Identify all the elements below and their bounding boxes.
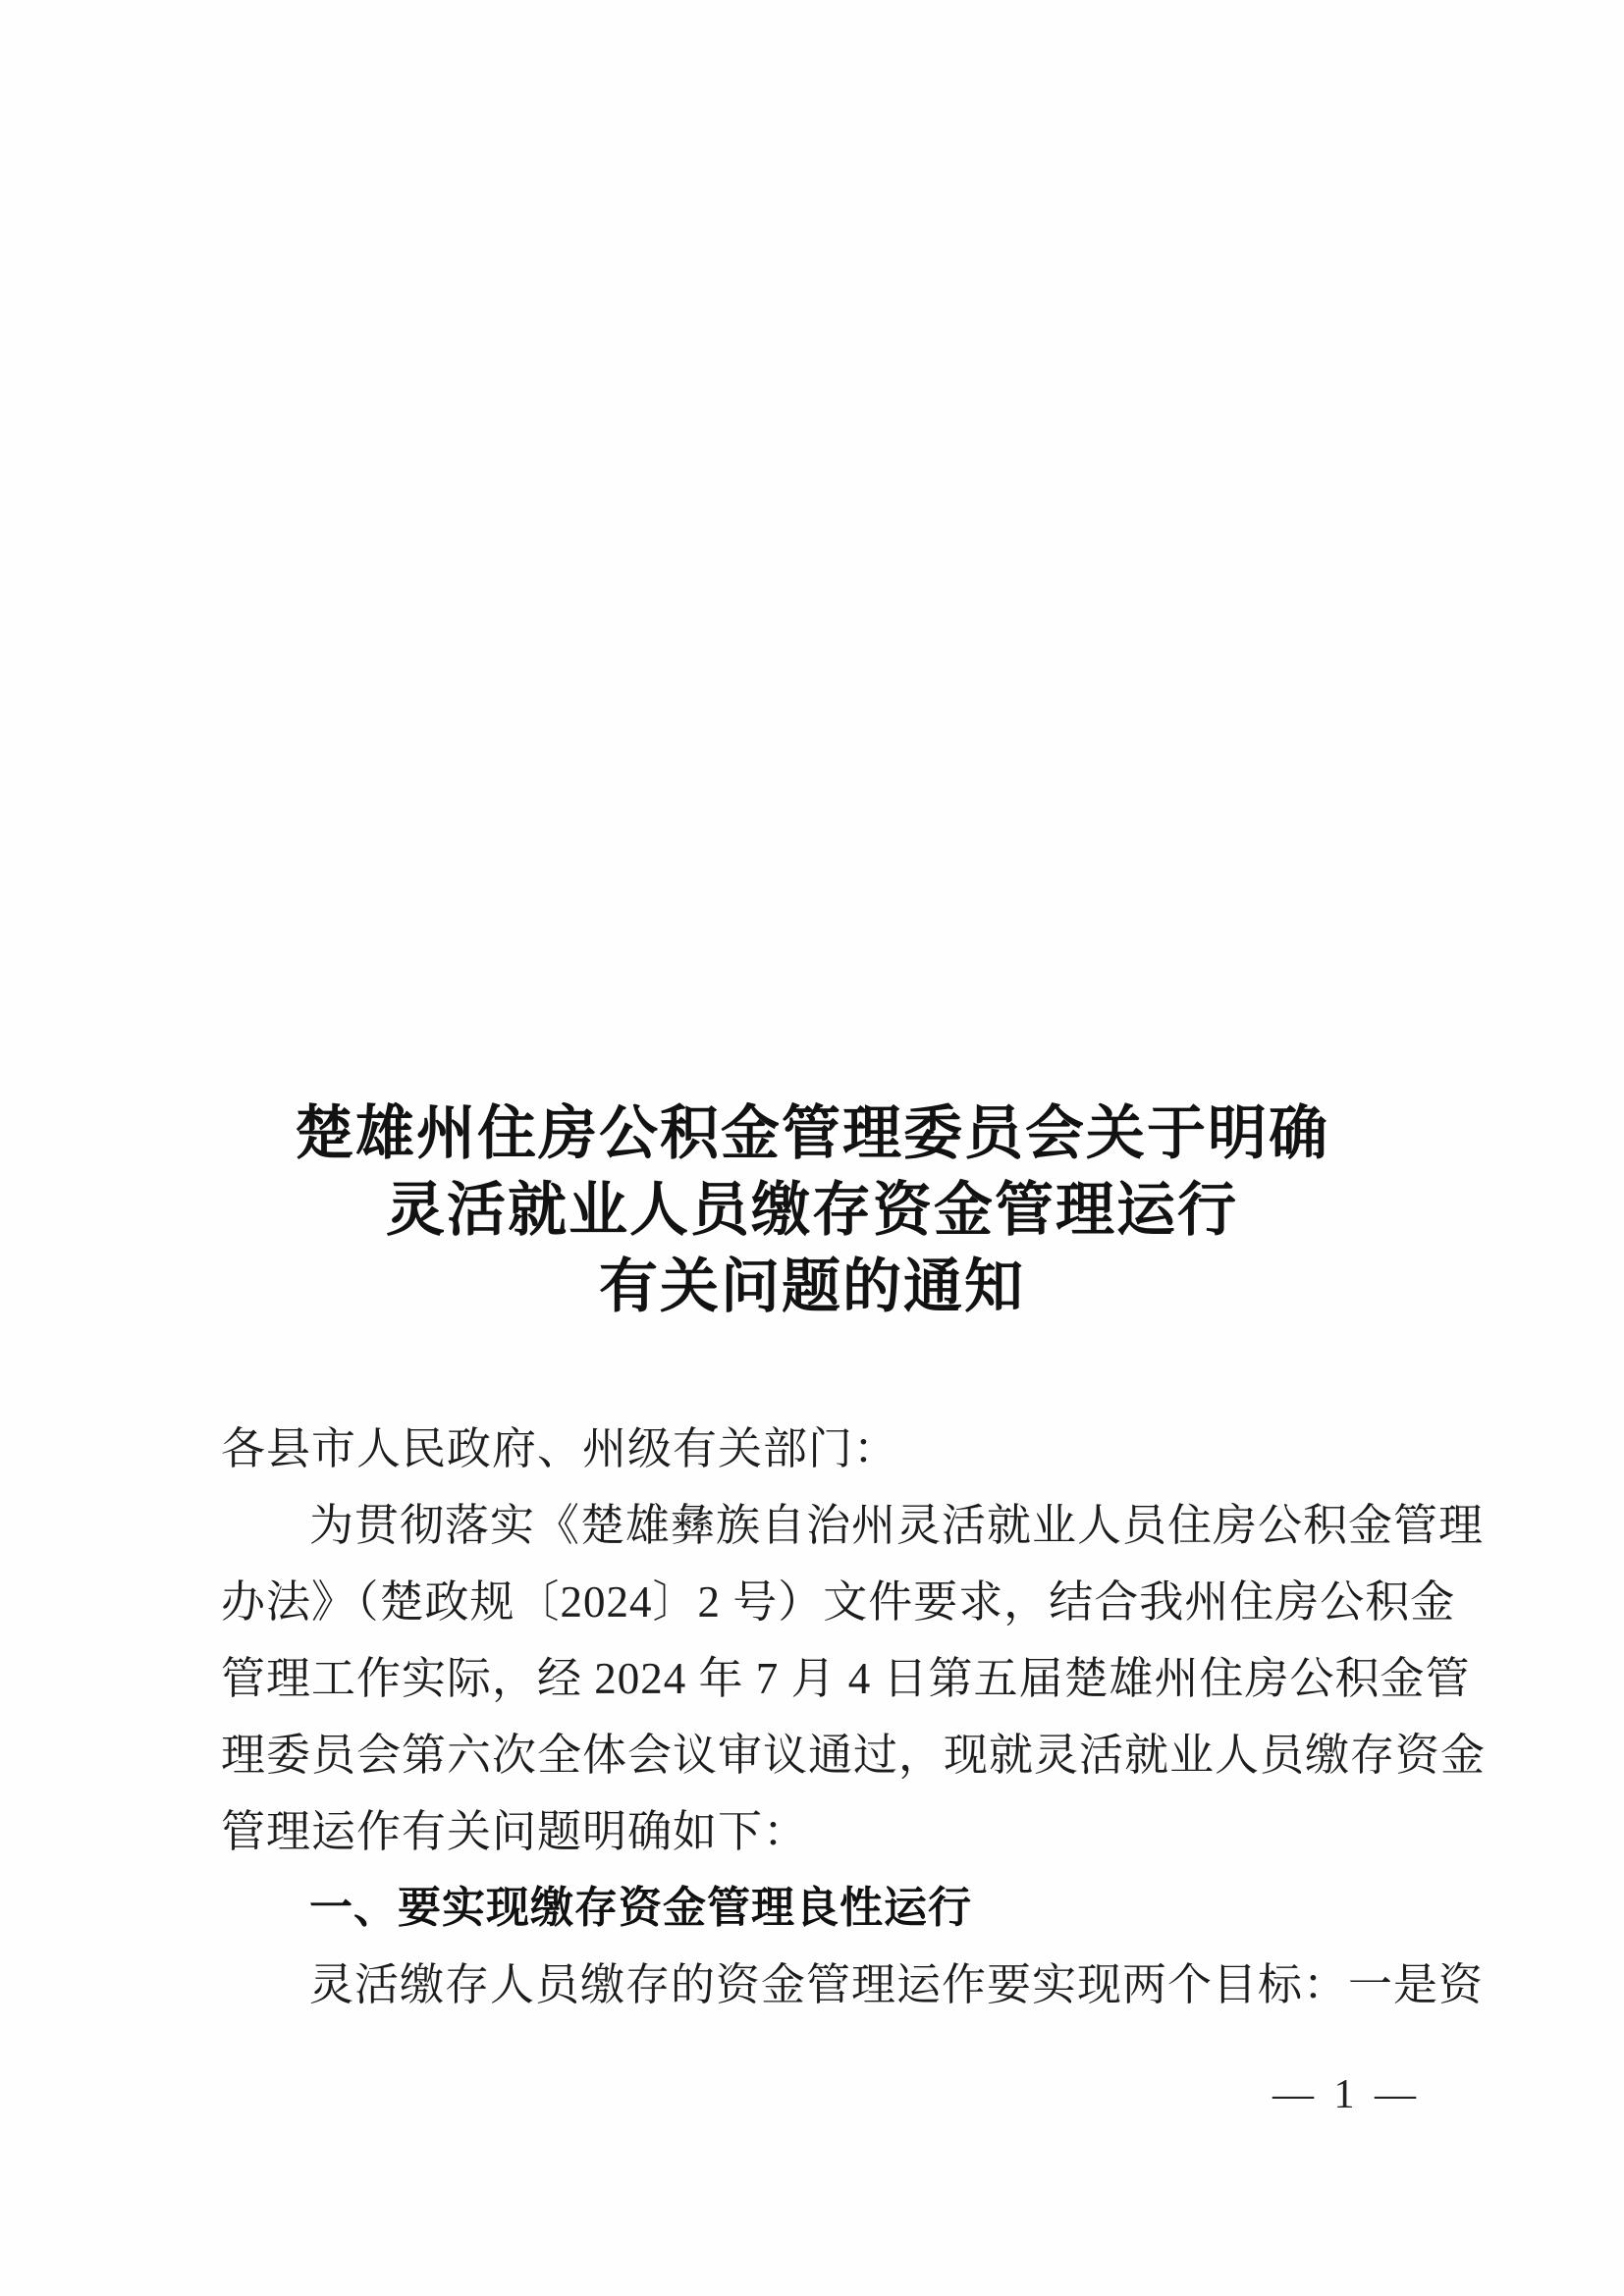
paragraph-line: 为贯彻落实《楚雄彝族自治州灵活就业人员住房公积金管理 <box>221 1487 1431 1564</box>
salutation: 各县市人民政府、州级有关部门： <box>221 1411 1431 1487</box>
title-line-3: 有关问题的通知 <box>0 1249 1624 1325</box>
paragraph-line: 灵活缴存人员缴存的资金管理运作要实现两个目标：一是资 <box>221 1947 1431 2023</box>
title-line-2: 灵活就业人员缴存资金管理运行 <box>0 1172 1624 1249</box>
document-page: 楚雄州住房公积金管理委员会关于明确 灵活就业人员缴存资金管理运行 有关问题的通知… <box>0 0 1624 2296</box>
title-line-1: 楚雄州住房公积金管理委员会关于明确 <box>0 1095 1624 1172</box>
paragraph-line: 理委员会第六次全体会议审议通过，现就灵活就业人员缴存资金 <box>221 1717 1431 1793</box>
document-title: 楚雄州住房公积金管理委员会关于明确 灵活就业人员缴存资金管理运行 有关问题的通知 <box>0 1095 1624 1325</box>
paragraph-line: 管理运作有关问题明确如下： <box>221 1793 1431 1870</box>
section-heading: 一、要实现缴存资金管理良性运行 <box>221 1870 1431 1947</box>
document-body: 各县市人民政府、州级有关部门： 为贯彻落实《楚雄彝族自治州灵活就业人员住房公积金… <box>221 1411 1431 2023</box>
paragraph-line: 管理工作实际，经 2024 年 7 月 4 日第五届楚雄州住房公积金管 <box>221 1640 1431 1717</box>
page-number: — 1 — <box>1272 2071 1421 2118</box>
paragraph-line: 办法》（楚政规〔2024〕2 号）文件要求，结合我州住房公积金 <box>221 1564 1431 1640</box>
